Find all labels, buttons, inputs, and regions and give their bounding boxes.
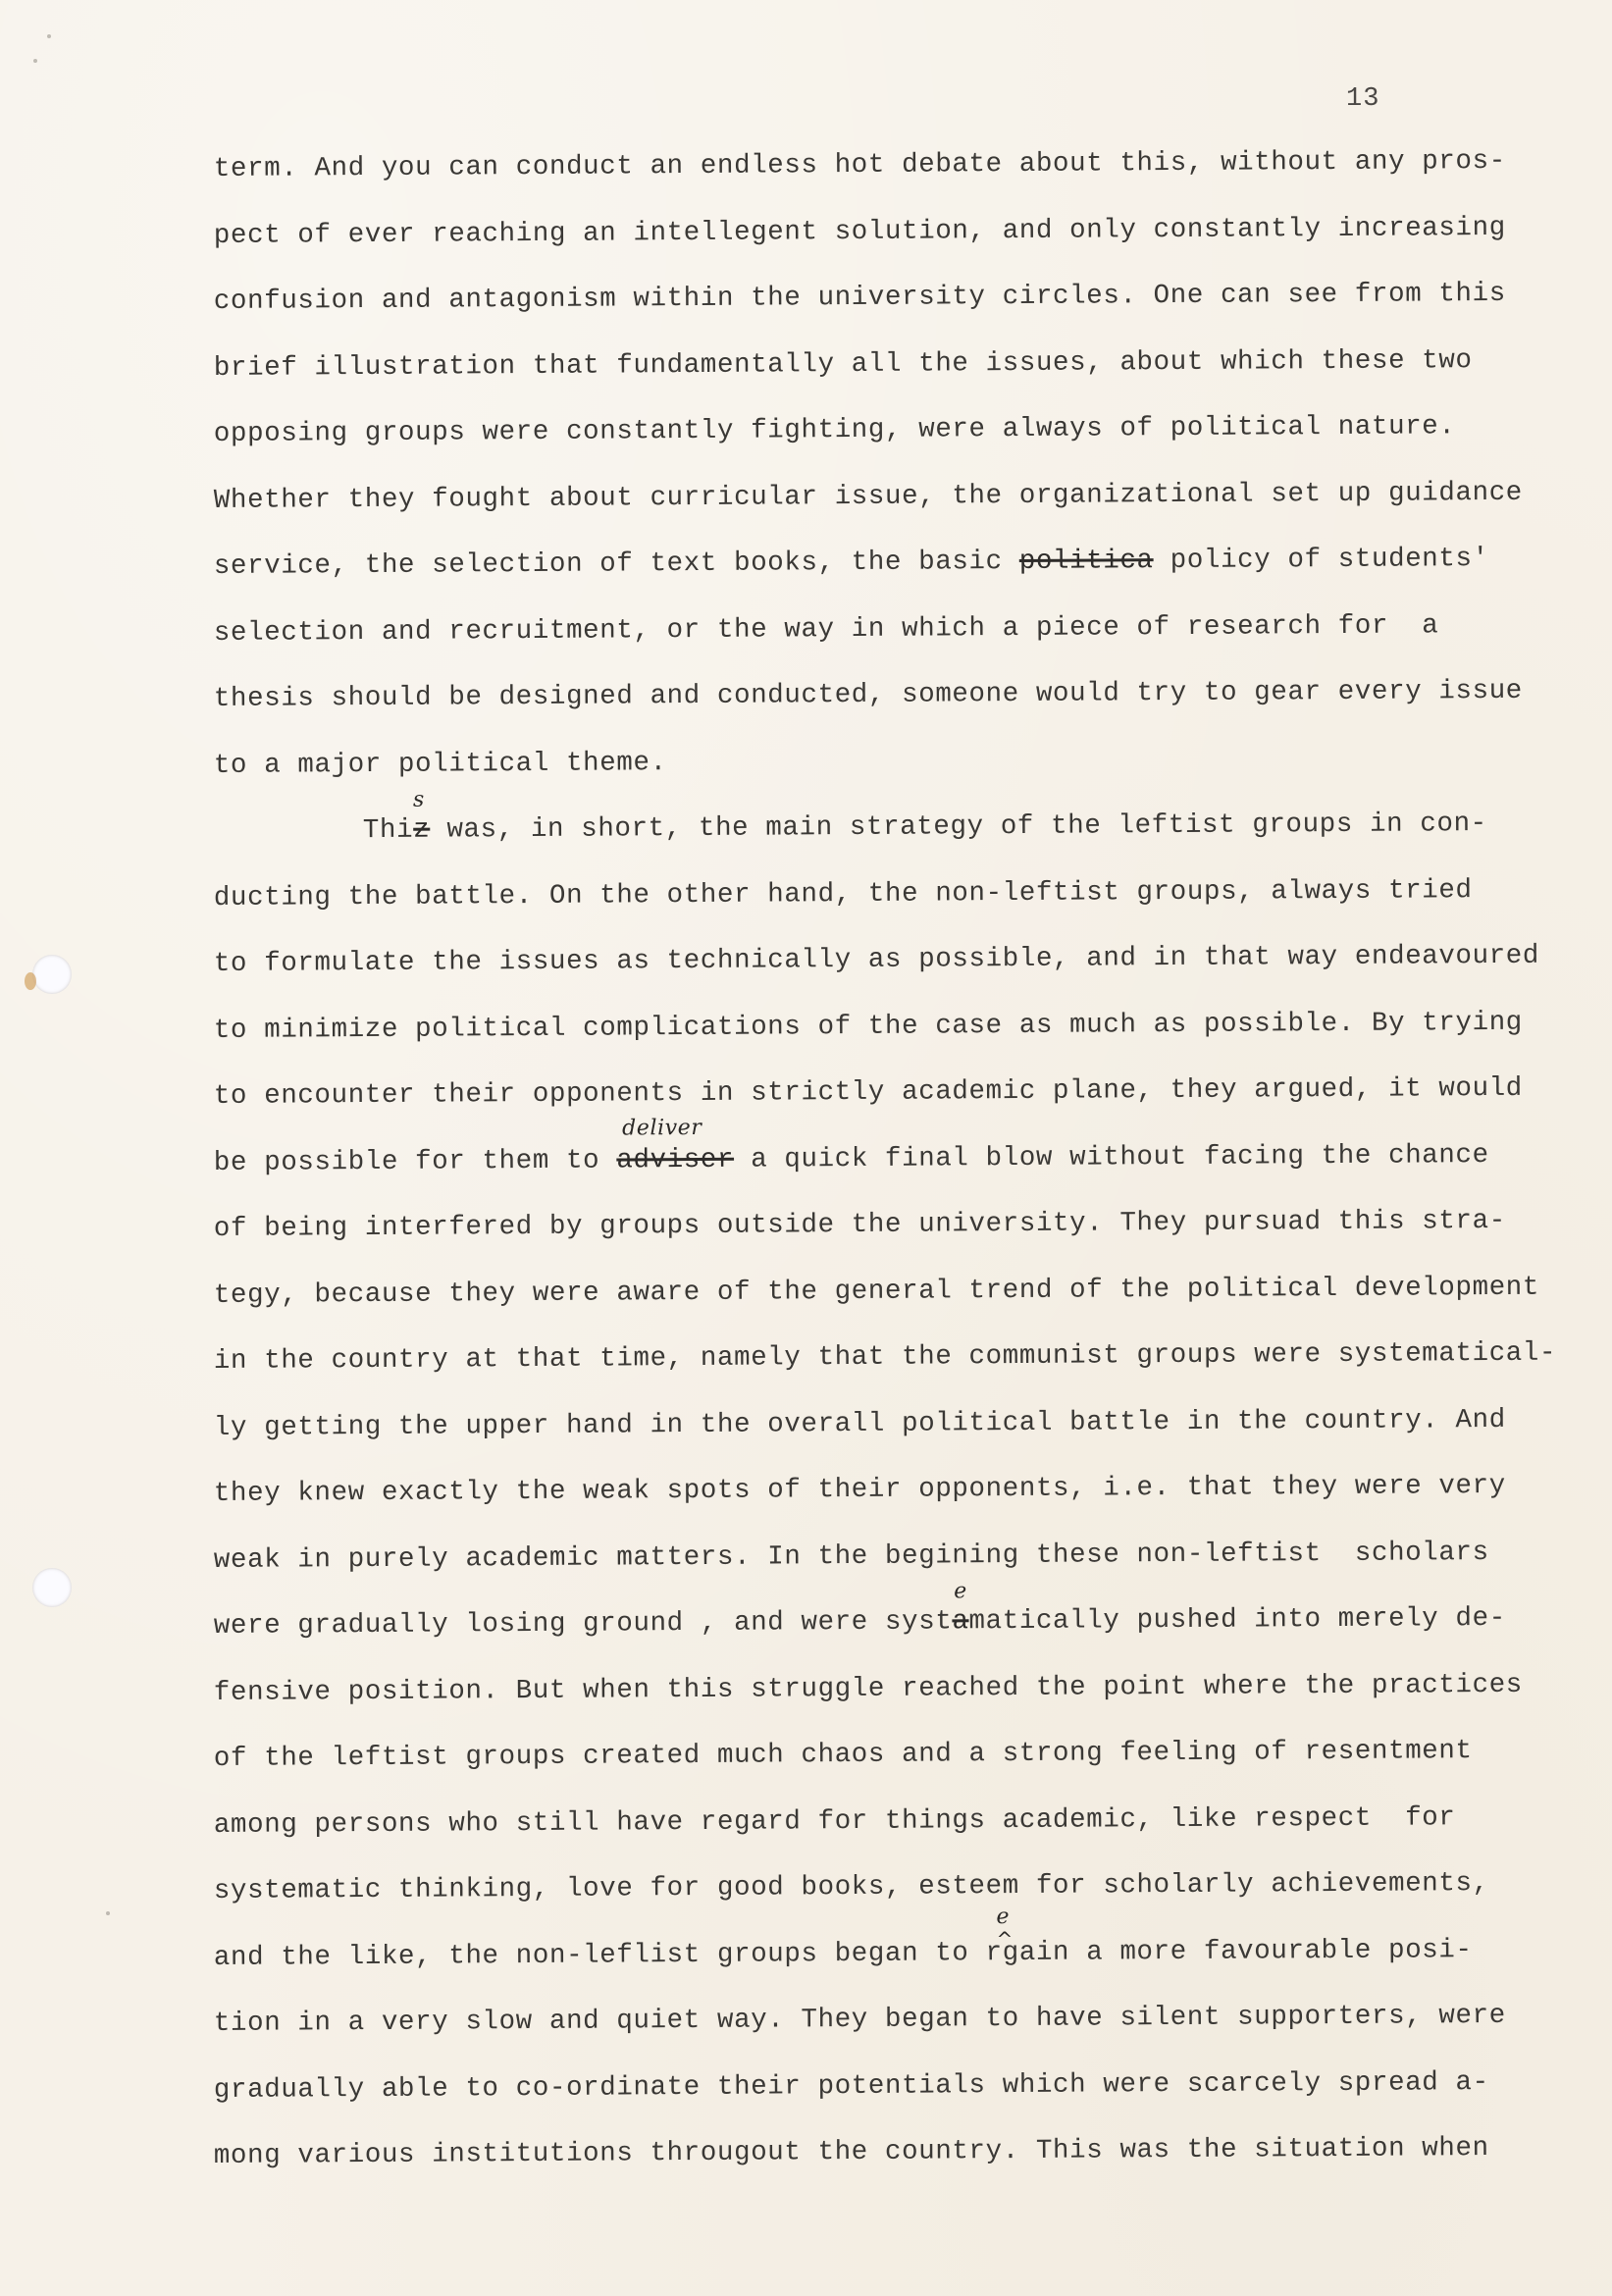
corrected-word: adviserdeliver [616, 1144, 734, 1175]
text-line: mong various institutions througout the … [214, 2134, 1529, 2209]
text-line: in the country at that time, namely that… [214, 1339, 1529, 1414]
text-segment: was, in short, the main strategy of the … [430, 809, 1487, 846]
text-line: to formulate the issues as technically a… [214, 942, 1529, 1017]
text-line: to a major political theme. [214, 743, 1529, 817]
text-line-with-correction: be possible for them to adviserdeliver a… [214, 1140, 1529, 1215]
text-line: Whether they fought about curricular iss… [214, 478, 1529, 552]
text-line: opposing groups were constantly fighting… [214, 412, 1529, 487]
text-line: to encounter their opponents in strictly… [214, 1074, 1529, 1149]
text-segment: be possible for them to [214, 1145, 617, 1178]
text-line-with-strikeout: service, the selection of text books, th… [214, 545, 1529, 619]
struck-word: adviser [616, 1144, 734, 1175]
body-text: term. And you can conduct an endless hot… [214, 155, 1529, 2209]
text-line: tion in a very slow and quiet way. They … [214, 2002, 1529, 2076]
handwritten-correction: s [413, 786, 425, 815]
struck-word: politica [1019, 546, 1154, 577]
text-line: term. And you can conduct an endless hot… [214, 147, 1529, 222]
paper-speck [33, 59, 37, 63]
text-line: fensive position. But when this struggle… [214, 1670, 1529, 1745]
punch-hole-bottom [32, 1568, 72, 1607]
text-line: of the leftist groups created much chaos… [214, 1737, 1529, 1811]
text-line: ly getting the upper hand in the overall… [214, 1405, 1529, 1480]
text-line: systematic thinking, love for good books… [214, 1869, 1529, 1944]
text-segment: a quick final blow without facing the ch… [734, 1140, 1489, 1175]
text-line: tegy, because they were aware of the gen… [214, 1273, 1529, 1347]
text-line: among persons who still have regard for … [214, 1802, 1529, 1877]
text-segment: and the like, the non-leflist groups beg… [214, 1938, 1003, 1973]
text-line: ducting the battle. On the other hand, t… [214, 875, 1529, 950]
struck-letter: zs [413, 815, 430, 846]
text-segment: matically pushed into merely de- [968, 1603, 1505, 1637]
text-line: thesis should be designed and conducted,… [214, 677, 1529, 752]
text-line-with-correction: were gradually losing ground , and were … [214, 1604, 1529, 1679]
text-segment: service, the selection of text books, th… [214, 547, 1019, 582]
text-line: they knew exactly the weak spots of thei… [214, 1472, 1529, 1546]
text-line: brief illustration that fundamentally al… [214, 345, 1529, 420]
text-line-with-insertion: and the like, the non-leflist groups beg… [214, 1935, 1529, 2009]
caret-icon: ^ [997, 1924, 1014, 1954]
text-line: confusion and antagonism within the univ… [214, 280, 1529, 354]
text-line: weak in purely academic matters. In the … [214, 1538, 1529, 1612]
typewritten-page: 13 term. And you can conduct an endless … [0, 0, 1612, 2296]
text-line: to minimize political complications of t… [214, 1008, 1529, 1082]
text-segment: policy of students' [1154, 544, 1489, 576]
paper-speck [106, 1911, 110, 1915]
text-line: selection and recruitment, or the way in… [214, 610, 1529, 685]
text-line: of being interfered by groups outside th… [214, 1207, 1529, 1281]
text-segment: Thi [363, 815, 414, 846]
text-segment: were gradually losing ground , and were … [214, 1606, 953, 1642]
text-segment: gain a more favourable posi- [1003, 1935, 1473, 1968]
text-line: pect of ever reaching an intellegent sol… [214, 213, 1529, 287]
paper-speck [47, 34, 51, 38]
punch-hole-top [32, 955, 72, 994]
text-line: gradually able to co-ordinate their pote… [214, 2067, 1529, 2142]
handwritten-correction: deliver [622, 1113, 702, 1142]
struck-letter: ae [952, 1606, 968, 1637]
page-number: 13 [1346, 84, 1379, 114]
paragraph-start-line: Thizs was, in short, the main strategy o… [214, 809, 1529, 884]
handwritten-correction: e [954, 1577, 967, 1606]
